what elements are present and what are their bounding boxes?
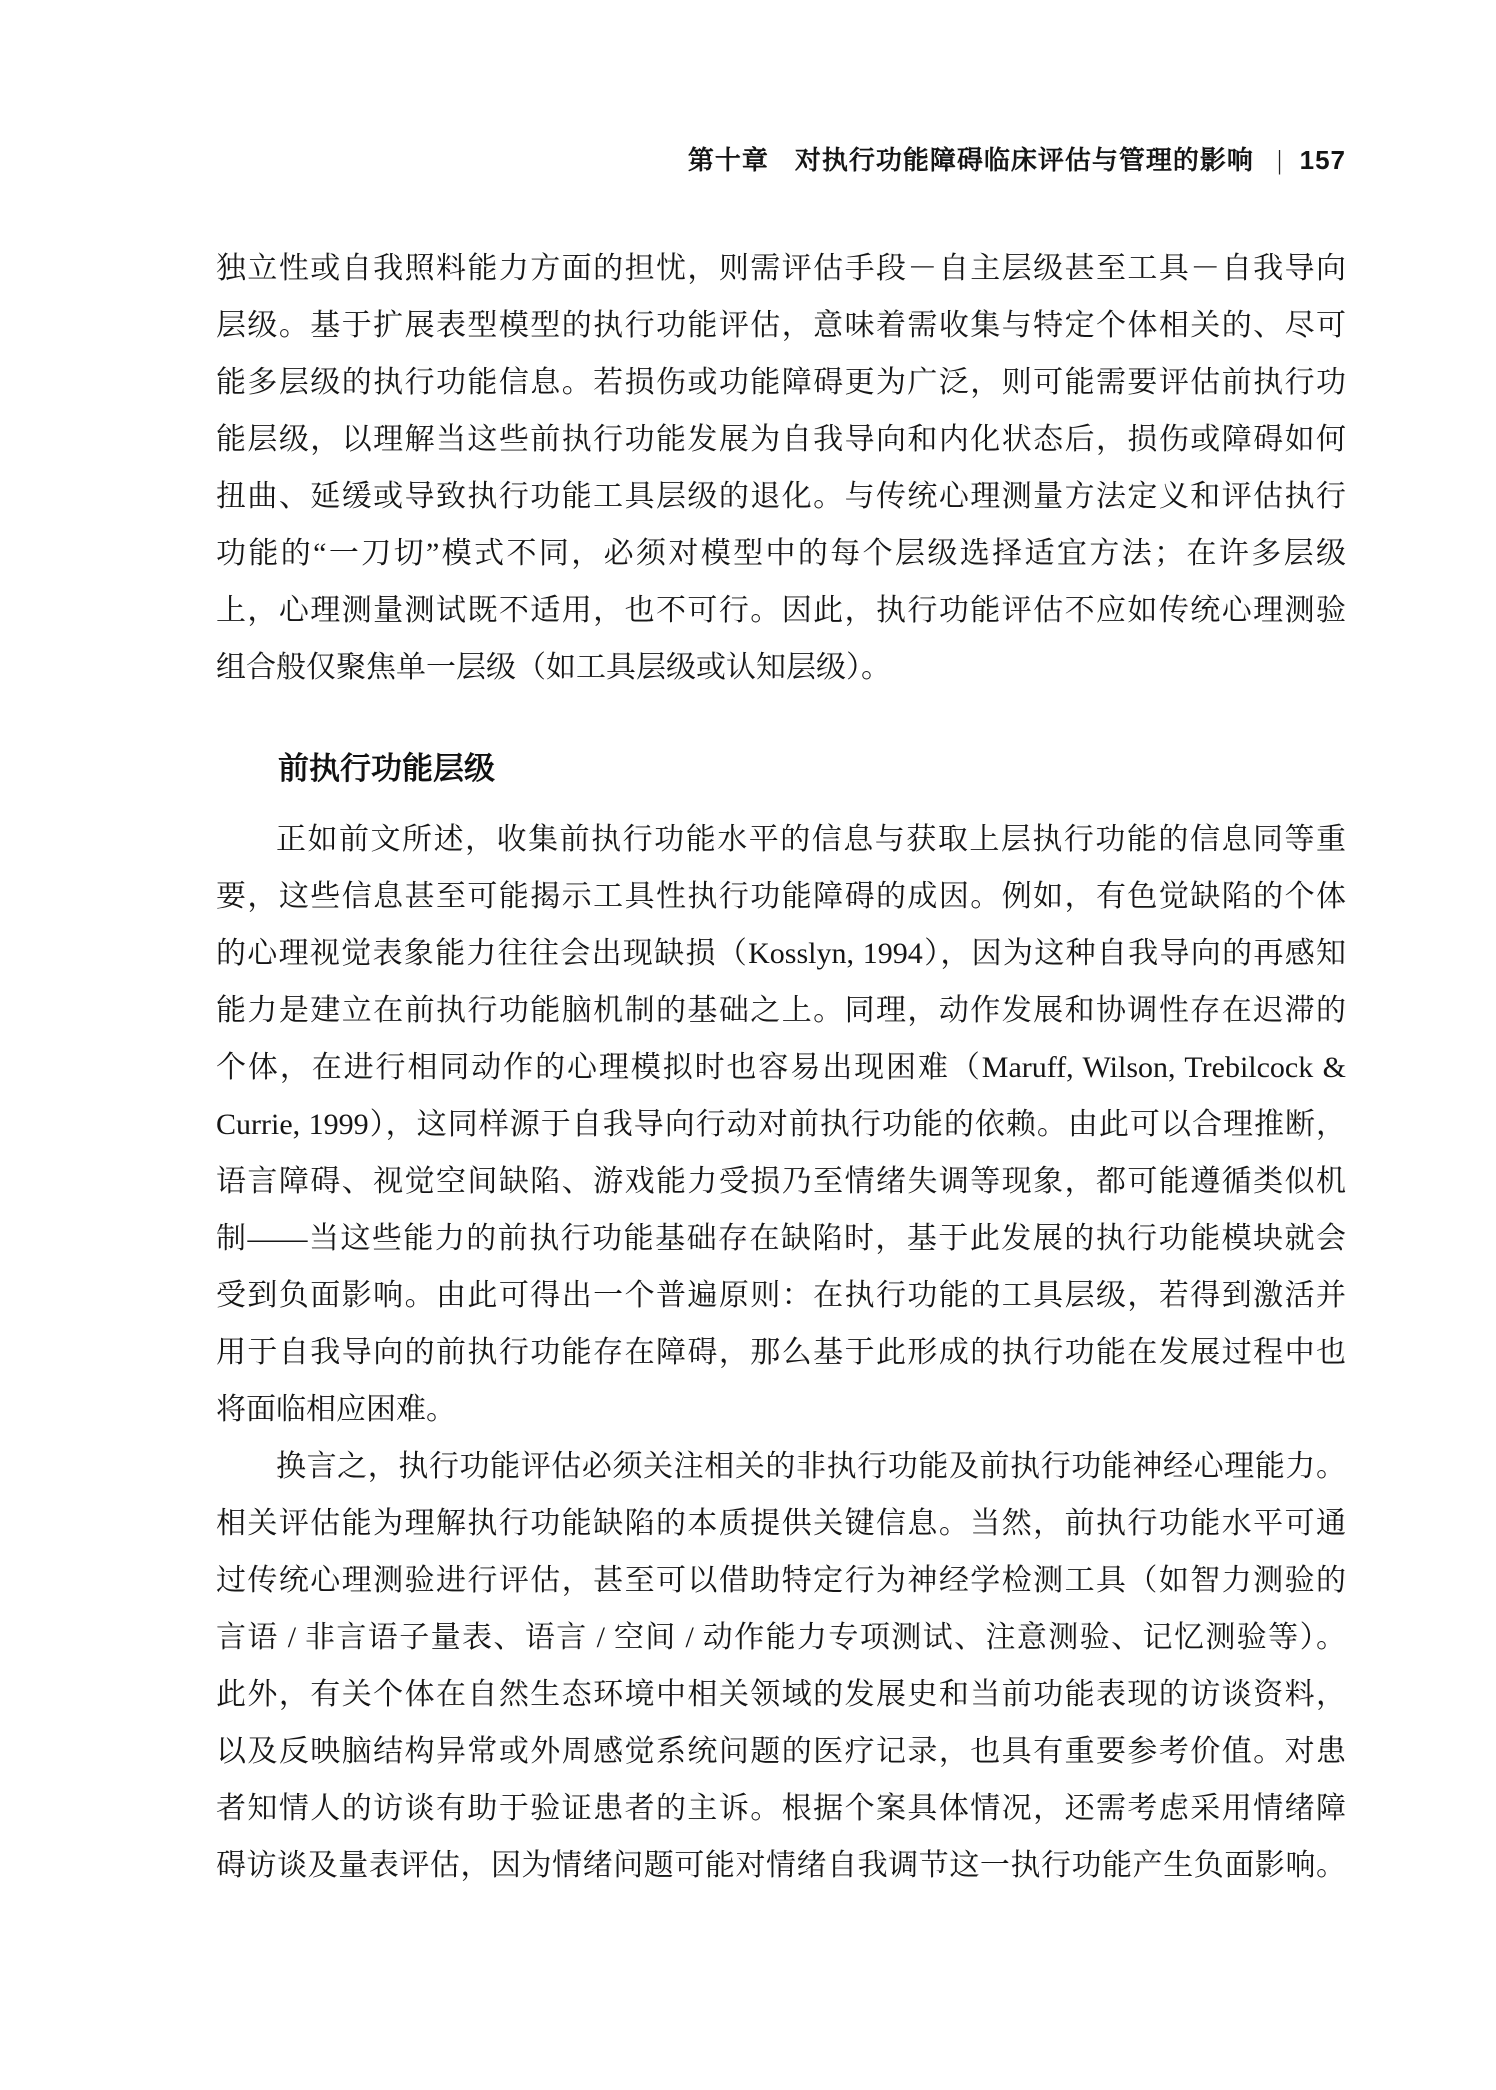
text-line: 要，这些信息甚至可能揭示工具性执行功能障碍的成因。例如，有色觉缺陷的个体 [216,868,1346,925]
text-line: 制——当这些能力的前执行功能基础存在缺陷时，基于此发展的执行功能模块就会 [216,1210,1346,1267]
text-line: 上，心理测量测试既不适用，也不可行。因此，执行功能评估不应如传统心理测验 [216,582,1346,639]
text-line: Currie, 1999），这同样源于自我导向行动对前执行功能的依赖。由此可以合… [216,1096,1346,1153]
text-line: 将面临相应困难。 [216,1381,1346,1438]
text-line: 语言障碍、视觉空间缺陷、游戏能力受损乃至情绪失调等现象，都可能遵循类似机 [216,1153,1346,1210]
header-separator: | [1277,144,1282,176]
page-content: 独立性或自我照料能力方面的担忧，则需评估手段－自主层级甚至工具－自我导向 层级。… [216,240,1346,1894]
text-line: 能多层级的执行功能信息。若损伤或功能障碍更为广泛，则可能需要评估前执行功 [216,354,1346,411]
text-line: 能力是建立在前执行功能脑机制的基础之上。同理，动作发展和协调性存在迟滞的 [216,982,1346,1039]
paragraph-3: 换言之，执行功能评估必须关注相关的非执行功能及前执行功能神经心理能力。 相关评估… [216,1438,1346,1894]
running-header-title: 对执行功能障碍临床评估与管理的影响 [795,145,1254,175]
text-line: 用于自我导向的前执行功能存在障碍，那么基于此形成的执行功能在发展过程中也 [216,1324,1346,1381]
text-line: 者知情人的访谈有助于验证患者的主诉。根据个案具体情况，还需考虑采用情绪障 [216,1780,1346,1837]
text-line: 层级。基于扩展表型模型的执行功能评估，意味着需收集与特定个体相关的、尽可 [216,297,1346,354]
text-line: 过传统心理测验进行评估，甚至可以借助特定行为神经学检测工具（如智力测验的 [216,1552,1346,1609]
text-line: 碍访谈及量表评估，因为情绪问题可能对情绪自我调节这一执行功能产生负面影响。 [216,1837,1346,1894]
book-page: 第十章对执行功能障碍临床评估与管理的影响|157 独立性或自我照料能力方面的担忧… [0,0,1496,2090]
paragraph-1: 独立性或自我照料能力方面的担忧，则需评估手段－自主层级甚至工具－自我导向 层级。… [216,240,1346,696]
text-line: 组合般仅聚焦单一层级（如工具层级或认知层级）。 [216,639,1346,696]
text-line: 的心理视觉表象能力往往会出现缺损（Kosslyn, 1994），因为这种自我导向… [216,925,1346,982]
text-line: 能层级，以理解当这些前执行功能发展为自我导向和内化状态后，损伤或障碍如何 [216,411,1346,468]
text-line: 此外，有关个体在自然生态环境中相关领域的发展史和当前功能表现的访谈资料， [216,1666,1346,1723]
text-line: 言语 / 非言语子量表、语言 / 空间 / 动作能力专项测试、注意测验、记忆测验… [216,1609,1346,1666]
page-number: 157 [1300,145,1346,175]
chapter-label: 第十章 [688,145,769,175]
text-line: 扭曲、延缓或导致执行功能工具层级的退化。与传统心理测量方法定义和评估执行 [216,468,1346,525]
text-line: 独立性或自我照料能力方面的担忧，则需评估手段－自主层级甚至工具－自我导向 [216,240,1346,297]
text-line: 受到负面影响。由此可得出一个普遍原则：在执行功能的工具层级，若得到激活并 [216,1267,1346,1324]
text-line: 正如前文所述，收集前执行功能水平的信息与获取上层执行功能的信息同等重 [216,811,1346,868]
running-header: 第十章对执行功能障碍临床评估与管理的影响|157 [688,144,1346,176]
text-line: 相关评估能为理解执行功能缺陷的本质提供关键信息。当然，前执行功能水平可通 [216,1495,1346,1552]
text-line: 换言之，执行功能评估必须关注相关的非执行功能及前执行功能神经心理能力。 [216,1438,1346,1495]
text-line: 功能的“一刀切”模式不同，必须对模型中的每个层级选择适宜方法；在许多层级 [216,525,1346,582]
text-line: 个体，在进行相同动作的心理模拟时也容易出现困难（Maruff, Wilson, … [216,1039,1346,1096]
section-heading: 前执行功能层级 [278,740,1346,797]
paragraph-2: 正如前文所述，收集前执行功能水平的信息与获取上层执行功能的信息同等重 要，这些信… [216,811,1346,1438]
text-line: 以及反映脑结构异常或外周感觉系统问题的医疗记录，也具有重要参考价值。对患 [216,1723,1346,1780]
